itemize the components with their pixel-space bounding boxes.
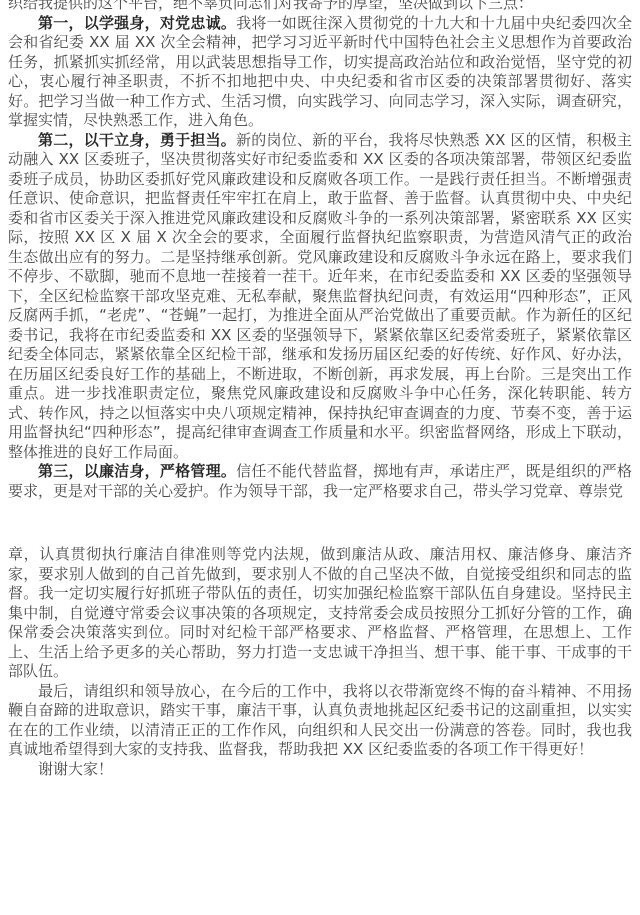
- paragraph-point-2: 第二，以干立身，勇于担当。新的岗位、新的平台，我将尽快熟悉 XX 区的区情，积极…: [8, 131, 632, 463]
- page-break-gap: [8, 501, 632, 545]
- paragraph-point-1-lead: 第一，以学强身，对党忠诚。: [38, 14, 236, 32]
- paragraph-point-3-lead: 第三，以廉洁身，严格管理。: [38, 462, 236, 480]
- paragraph-thanks: 谢谢大家！: [8, 760, 632, 780]
- top-partial-line: 织给我提供的这个平台，绝不辜负同志们对我寄予的厚望，坚决做到以下三点：: [8, 0, 632, 14]
- paragraph-point-2-body: 新的岗位、新的平台，我将尽快熟悉 XX 区的区情，积极主动融入 XX 区委班子，…: [8, 131, 632, 461]
- paragraph-point-1: 第一，以学强身，对党忠诚。我将一如既往深入贯彻党的十九大和十九届中央纪委四次全会…: [8, 14, 632, 131]
- paragraph-point-2-lead: 第二，以干立身，勇于担当。: [38, 131, 236, 149]
- document-content: 织给我提供的这个平台，绝不辜负同志们对我寄予的厚望，坚决做到以下三点： 第一，以…: [0, 0, 640, 779]
- paragraph-point-3-continuation: 章，认真贯彻执行廉洁自律准则等党内法规，做到廉洁从政、廉洁用权、廉洁修身、廉洁齐…: [8, 545, 632, 682]
- paragraph-closing: 最后，请组织和领导放心，在今后的工作中，我将以衣带渐宽终不悔的奋斗精神、不用扬鞭…: [8, 682, 632, 760]
- paragraph-point-3: 第三，以廉洁身，严格管理。信任不能代替监督，掷地有声，承诺庄严，既是组织的严格要…: [8, 462, 632, 501]
- document-page: 织给我提供的这个平台，绝不辜负同志们对我寄予的厚望，坚决做到以下三点： 第一，以…: [0, 0, 640, 915]
